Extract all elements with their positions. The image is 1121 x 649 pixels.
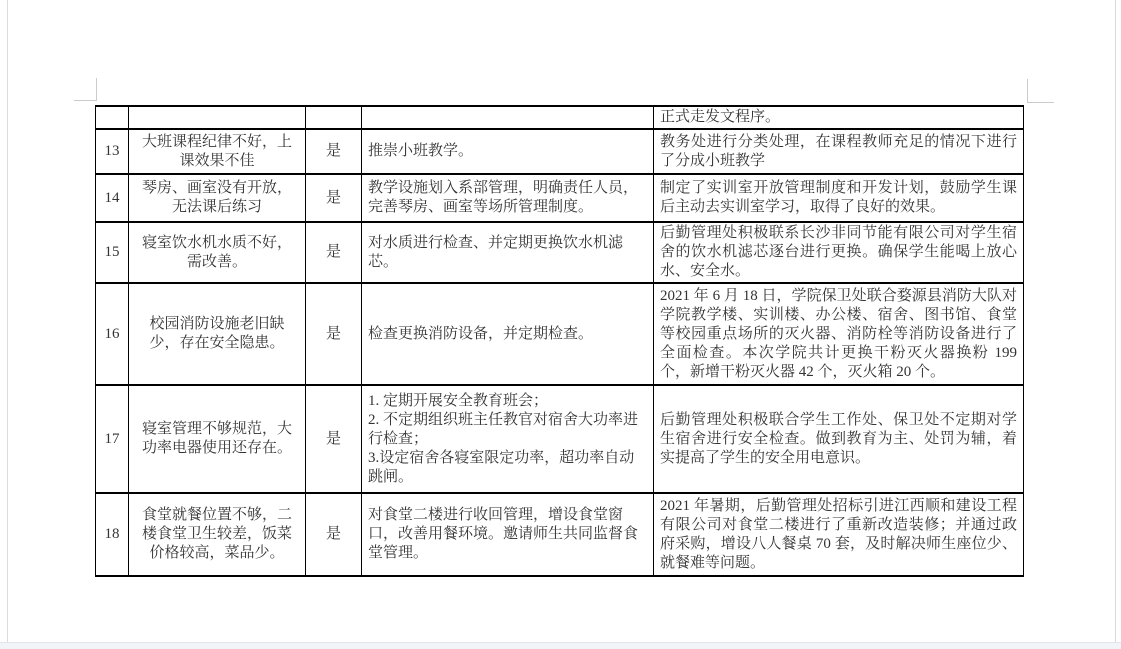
cell-measure: 对水质进行检查、并定期更换饮水机滤芯。 — [362, 222, 654, 283]
cell-measure: 推崇小班教学。 — [362, 129, 654, 174]
cell-number: 15 — [96, 222, 129, 283]
table-row: 13 大班课程纪律不好，上课效果不佳 是 推崇小班教学。 教务处进行分类处理，在… — [96, 129, 1024, 174]
cell-issue — [129, 106, 306, 129]
cell-result: 教务处进行分类处理，在课程教师充足的情况下进行了分成小班教学 — [654, 129, 1024, 174]
cell-issue: 大班课程纪律不好，上课效果不佳 — [129, 129, 306, 174]
cell-resolved: 是 — [306, 222, 362, 283]
cell-resolved: 是 — [306, 174, 362, 222]
cell-result: 制定了实训室开放管理制度和开发计划，鼓励学生课后主动去实训室学习，取得了良好的效… — [654, 174, 1024, 222]
cell-issue: 寝室管理不够规范，大功率电器使用还存在。 — [129, 385, 306, 493]
cell-number — [96, 106, 129, 129]
table-row: 14 琴房、画室没有开放，无法课后练习 是 教学设施划入系部管理，明确责任人员，… — [96, 174, 1024, 222]
page-bottom-boundary — [0, 642, 1121, 649]
margin-mark-top-left-icon — [74, 100, 97, 101]
cell-issue: 琴房、画室没有开放，无法课后练习 — [129, 174, 306, 222]
page-edge-right — [1115, 0, 1116, 642]
page-edge-left — [7, 0, 8, 642]
cell-number: 18 — [96, 493, 129, 576]
cell-number: 14 — [96, 174, 129, 222]
table-row: 16 校园消防设施老旧缺少，存在安全隐患。 是 检查更换消防设备，并定期检查。 … — [96, 283, 1024, 385]
cell-measure — [362, 106, 654, 129]
document-canvas: 正式走发文程序。 13 大班课程纪律不好，上课效果不佳 是 推崇小班教学。 教务… — [0, 0, 1121, 649]
margin-mark-top-right-icon — [1027, 102, 1054, 103]
issues-rectification-table: 正式走发文程序。 13 大班课程纪律不好，上课效果不佳 是 推崇小班教学。 教务… — [95, 105, 1024, 577]
cell-issue: 校园消防设施老旧缺少，存在安全隐患。 — [129, 283, 306, 385]
table-row-continuation: 正式走发文程序。 — [96, 106, 1024, 129]
cell-resolved: 是 — [306, 385, 362, 493]
cell-resolved: 是 — [306, 493, 362, 576]
cell-measure: 检查更换消防设备，并定期检查。 — [362, 283, 654, 385]
cell-measure: 教学设施划入系部管理，明确责任人员，完善琴房、画室等场所管理制度。 — [362, 174, 654, 222]
table-row: 15 寝室饮水机水质不好，需改善。 是 对水质进行检查、并定期更换饮水机滤芯。 … — [96, 222, 1024, 283]
cell-number: 13 — [96, 129, 129, 174]
cell-measure: 1. 定期开展安全教育班会； 2. 不定期组织班主任教官对宿舍大功率进行检查； … — [362, 385, 654, 493]
table-row: 18 食堂就餐位置不够，二楼食堂卫生较差，饭菜价格较高，菜品少。 是 对食堂二楼… — [96, 493, 1024, 576]
table-row: 17 寝室管理不够规范，大功率电器使用还存在。 是 1. 定期开展安全教育班会；… — [96, 385, 1024, 493]
cell-measure: 对食堂二楼进行收回管理，增设食堂窗口，改善用餐环境。邀请师生共同监督食堂管理。 — [362, 493, 654, 576]
cell-number: 17 — [96, 385, 129, 493]
cell-issue: 寝室饮水机水质不好，需改善。 — [129, 222, 306, 283]
cell-resolved: 是 — [306, 283, 362, 385]
cell-number: 16 — [96, 283, 129, 385]
cell-result: 2021 年 6 月 18 日，学院保卫处联合婺源县消防大队对学院教学楼、实训楼… — [654, 283, 1024, 385]
cell-resolved — [306, 106, 362, 129]
cell-result: 正式走发文程序。 — [654, 106, 1024, 129]
cell-result: 后勤管理处积极联合学生工作处、保卫处不定期对学生宿舍进行安全检查。做到教育为主、… — [654, 385, 1024, 493]
margin-mark-top-left-icon — [96, 78, 97, 101]
cell-issue: 食堂就餐位置不够，二楼食堂卫生较差，饭菜价格较高，菜品少。 — [129, 493, 306, 576]
cell-result: 后勤管理处积极联系长沙非同节能有限公司对学生宿舍的饮水机滤芯逐台进行更换。确保学… — [654, 222, 1024, 283]
cell-resolved: 是 — [306, 129, 362, 174]
margin-mark-top-right-icon — [1027, 79, 1028, 103]
cell-result: 2021 年暑期，后勤管理处招标引进江西顺和建设工程有限公司对食堂二楼进行了重新… — [654, 493, 1024, 576]
